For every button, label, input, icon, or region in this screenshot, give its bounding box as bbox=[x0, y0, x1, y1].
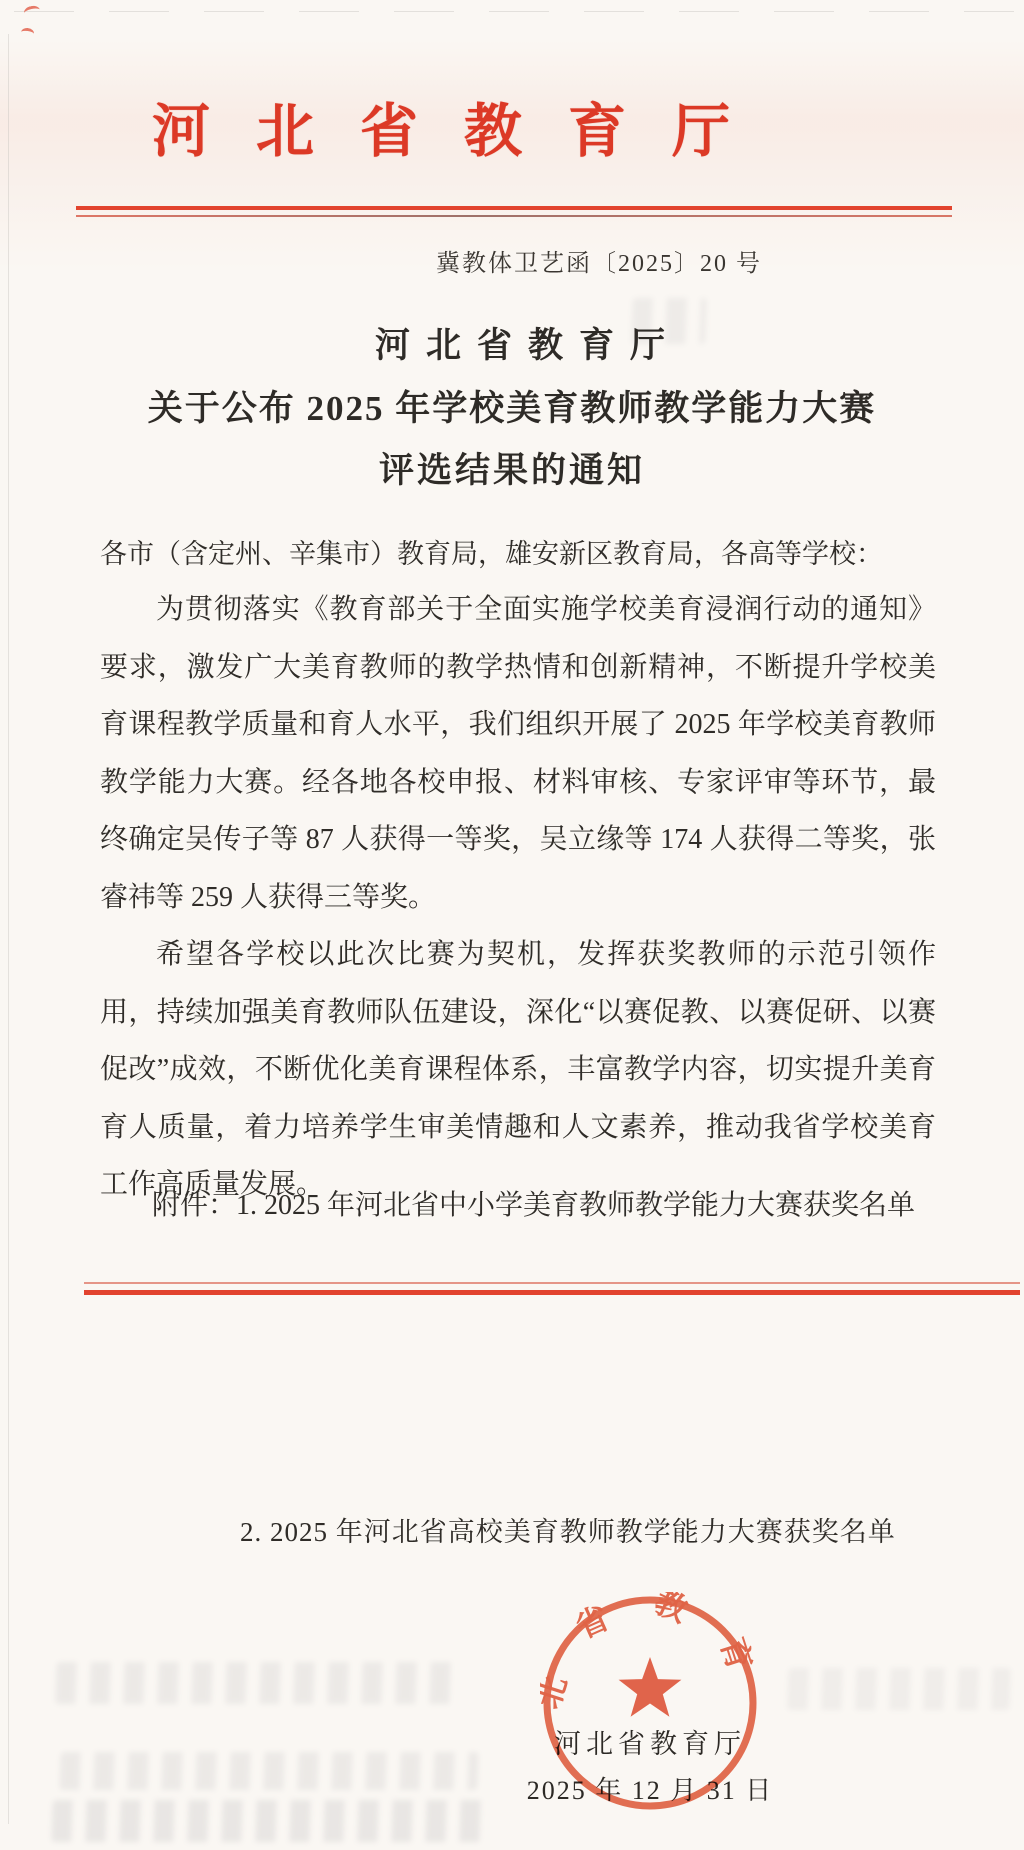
attachment-list: 附件：1. 2025 年河北省中小学美育教师教学能力大赛获奖名单 bbox=[152, 1181, 960, 1230]
attachment-item-2: 2. 2025 年河北省高校美育教师教学能力大赛获奖名单 bbox=[240, 1510, 896, 1549]
attachment-label: 附件： bbox=[152, 1190, 236, 1221]
red-corner-mark bbox=[23, 4, 41, 18]
attachment-item-1: 1. 2025 年河北省中小学美育教师教学能力大赛获奖名单 bbox=[236, 1190, 915, 1221]
bleedthrough-artifact bbox=[51, 1800, 482, 1842]
svg-text:河北省教育厅: 河北省教育厅 bbox=[540, 1592, 760, 1713]
bleedthrough-artifact bbox=[787, 1668, 1010, 1710]
seal-ring-text: 河北省教育厅 bbox=[540, 1592, 760, 1713]
letterhead-rule-thin bbox=[76, 215, 952, 217]
red-corner-mark bbox=[20, 27, 34, 39]
letterhead-agency-title: 河北省教育厅 bbox=[152, 84, 776, 168]
signature-date: 2025 年 12 月 31 日 bbox=[480, 1770, 820, 1807]
body-paragraph-2: 希望各学校以此次比赛为契机，发挥获奖教师的示范引领作用，持续加强美育教师队伍建设… bbox=[100, 926, 936, 1214]
document-number: 冀教体卫艺函〔2025〕20 号 bbox=[0, 243, 1024, 278]
document-title-line3: 评选结果的通知 bbox=[0, 443, 1024, 493]
official-document-page: 河北省教育厅 冀教体卫艺函〔2025〕20 号 河北省教育厅 关于公布 2025… bbox=[0, 0, 1024, 1850]
document-title-line2: 关于公布 2025 年学校美育教师教学能力大赛 bbox=[0, 381, 1024, 431]
document-title-line1: 河北省教育厅 bbox=[0, 318, 1024, 368]
signature-agency: 河北省教育厅 bbox=[500, 1722, 800, 1761]
page-separator-rule-thick bbox=[84, 1290, 1020, 1295]
body-paragraph-1: 为贯彻落实《教育部关于全面实施学校美育浸润行动的通知》要求，激发广大美育教师的教… bbox=[100, 581, 936, 926]
scan-edge-line-left bbox=[8, 34, 9, 1824]
salutation-line: 各市（含定州、辛集市）教育局，雄安新区教育局，各高等学校： bbox=[100, 532, 940, 571]
letterhead-rule-thick bbox=[76, 206, 952, 210]
bleedthrough-artifact bbox=[55, 1662, 456, 1704]
page-separator-rule-thin bbox=[84, 1282, 1020, 1284]
seal-star-icon bbox=[619, 1657, 682, 1717]
bleedthrough-artifact bbox=[59, 1752, 478, 1790]
scan-edge-line-top bbox=[14, 11, 1014, 12]
